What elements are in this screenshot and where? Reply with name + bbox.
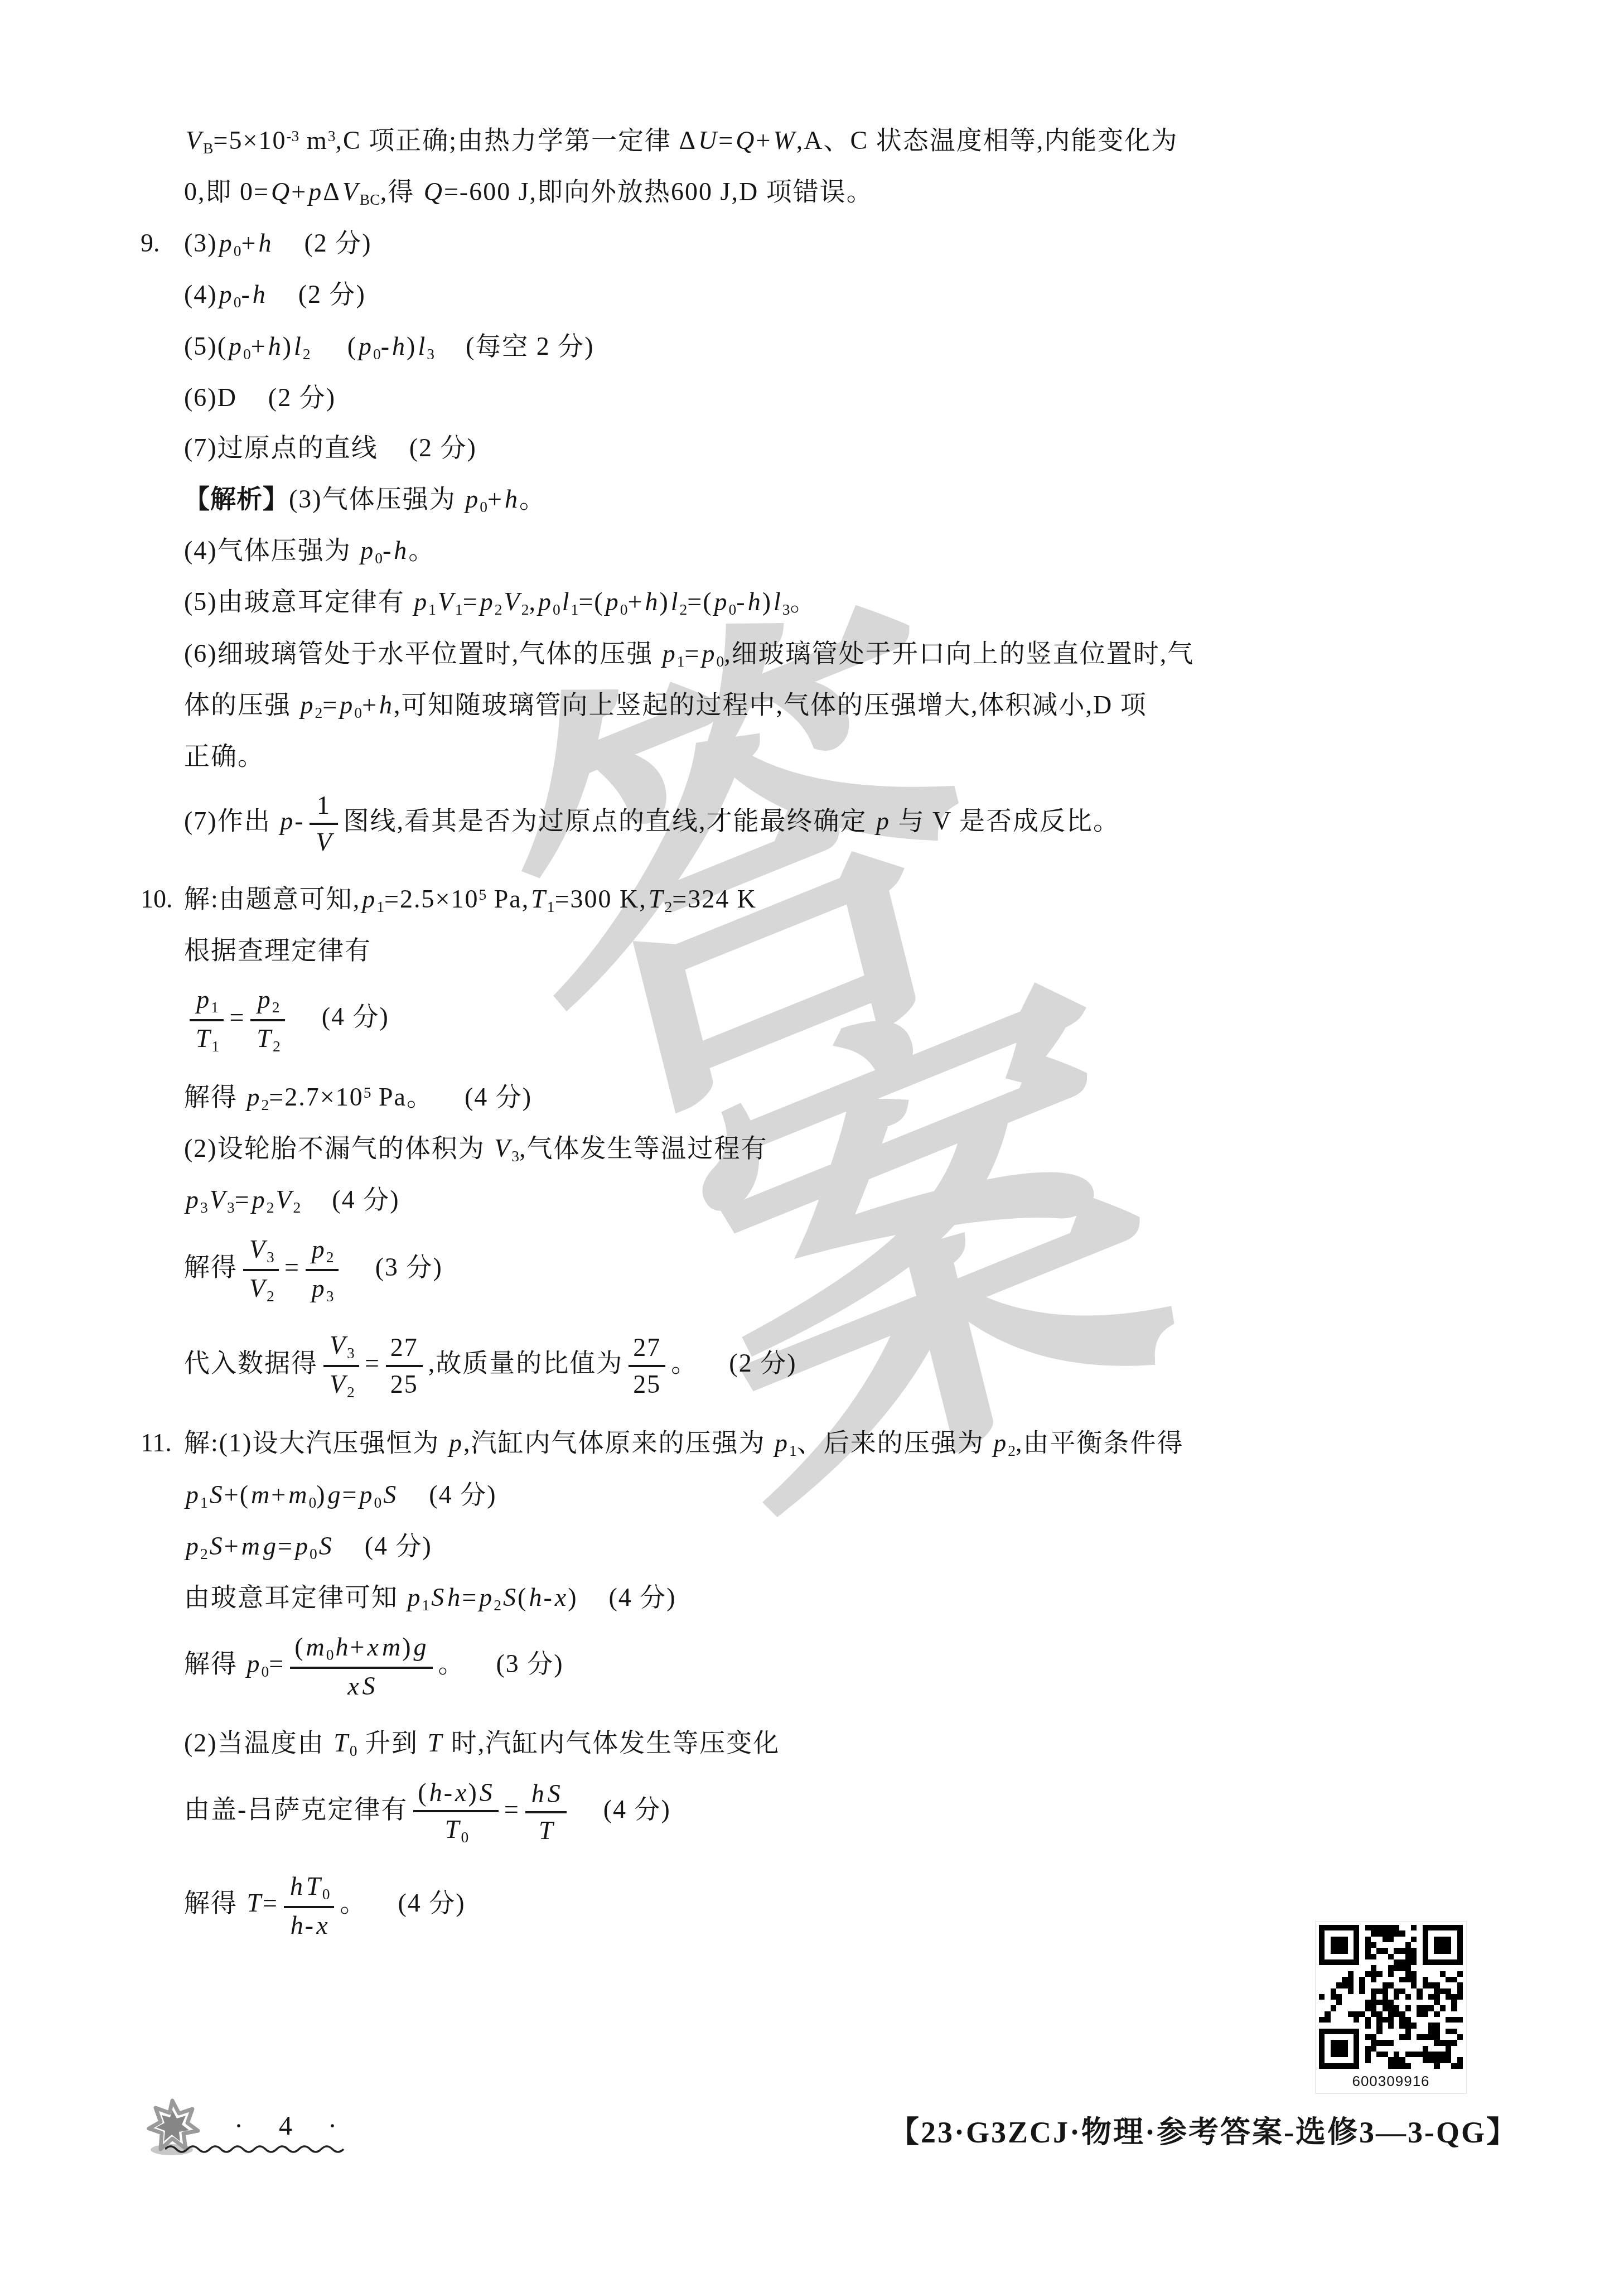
content-line: (4)气体压强为 p0-h。 xyxy=(141,534,1524,568)
math-variable: x xyxy=(346,1672,360,1700)
math-variable: p xyxy=(661,639,677,668)
fraction: 1V xyxy=(310,790,337,857)
content-line: (7)过原点的直线(2 分) xyxy=(141,431,1524,465)
math-variable: p xyxy=(447,1428,463,1457)
text-run: + xyxy=(627,587,643,616)
text-run: (6)D xyxy=(184,383,237,412)
text-run: =( xyxy=(687,587,712,616)
math-variable: x xyxy=(315,1911,329,1939)
text-run: (2)当温度由 xyxy=(184,1729,332,1757)
text-run: ) xyxy=(402,1633,412,1661)
math-variable: W xyxy=(771,126,796,155)
math-variable: T xyxy=(194,1024,212,1053)
text-run: + xyxy=(756,126,771,155)
fraction-numerator: V3 xyxy=(323,1330,359,1367)
fraction-denominator: 25 xyxy=(386,1367,423,1399)
text-run: = xyxy=(365,1349,380,1377)
math-variable: p xyxy=(773,1428,789,1457)
math-variable: V xyxy=(314,828,333,856)
math-variable: h xyxy=(503,485,519,513)
math-variable: p xyxy=(700,639,716,668)
content-line: 0,即 0=Q+pΔVBC,得 Q=-600 J,即向外放热600 J,D 项错… xyxy=(141,175,1524,210)
subscript: 1 xyxy=(376,897,384,915)
text-run: 解得 xyxy=(184,1889,245,1917)
qr-caption: 600309916 xyxy=(1319,2073,1463,2090)
fraction: 2725 xyxy=(629,1333,665,1399)
content-line: (5)由玻意耳定律有 p1V1=p2V2,p0l1=(p0+h)l2=(p0-h… xyxy=(141,585,1524,620)
subscript: 1 xyxy=(212,1037,220,1054)
math-variable: V xyxy=(341,177,360,206)
text-run: 0,即 0= xyxy=(184,177,269,206)
text-run: =-600 J,即向外放热600 J,D 项错误。 xyxy=(444,177,873,206)
subscript: 2 xyxy=(495,601,502,618)
text-run: - xyxy=(305,1911,315,1939)
text-run: 。 xyxy=(671,1349,698,1377)
fraction-numerator: p1 xyxy=(190,984,224,1021)
text-run: Δ xyxy=(323,177,341,206)
math-variable: p xyxy=(359,536,375,564)
math-variable: V xyxy=(274,1185,293,1214)
math-variable: p xyxy=(463,485,480,513)
content-line: 正确。 xyxy=(141,740,1524,774)
text-run: 由盖-吕萨克定律有 xyxy=(184,1795,408,1823)
subscript: 0 xyxy=(322,1885,330,1903)
text-run: 代入数据得 xyxy=(184,1349,318,1377)
score-note: (2 分) xyxy=(273,229,371,257)
math-variable: h xyxy=(378,691,394,719)
text-run: (3)气体压强为 xyxy=(289,485,463,513)
subscript: 2 xyxy=(200,1544,208,1562)
subscript: 1 xyxy=(200,1493,208,1510)
subscript: 1 xyxy=(211,998,219,1015)
text-run: 解:(1)设大汽压强恒为 xyxy=(184,1428,447,1457)
subscript: 2 xyxy=(315,703,323,721)
fraction-numerator: V3 xyxy=(243,1234,279,1271)
math-variable: h xyxy=(289,1911,305,1939)
superscript: 3 xyxy=(328,127,336,144)
text-run: +( xyxy=(224,1480,249,1509)
text-run: (2)设轮胎不漏气的体积为 xyxy=(184,1134,492,1162)
math-variable: h xyxy=(428,1778,444,1807)
subscript: 2 xyxy=(347,1383,355,1401)
math-variable: p xyxy=(184,1480,200,1509)
subscript: 2 xyxy=(1008,1442,1016,1459)
text-run: 、后来的压强为 xyxy=(797,1428,992,1457)
math-variable: x xyxy=(453,1778,468,1807)
math-variable: m xyxy=(249,1480,271,1509)
text-run: - xyxy=(444,1778,453,1807)
math-variable: p xyxy=(992,1428,1008,1457)
text-run: 体的压强 xyxy=(184,691,299,719)
fraction-denominator: T2 xyxy=(250,1021,284,1055)
math-variable: p xyxy=(299,691,315,719)
subscript: 2 xyxy=(494,1596,501,1614)
text-run: 解:由题意可知, xyxy=(184,885,360,913)
text-run: + xyxy=(224,1532,240,1560)
text-run: ) xyxy=(407,332,416,360)
text-run: + xyxy=(291,177,307,206)
text-run: ,汽缸内气体原来的压强为 xyxy=(463,1428,773,1457)
text-run: 由玻意耳定律可知 xyxy=(184,1583,406,1611)
text-run: - xyxy=(736,587,746,616)
fraction-denominator: T1 xyxy=(190,1021,224,1055)
text-run: = xyxy=(504,1795,520,1823)
text-run: + xyxy=(241,229,257,257)
math-variable: T xyxy=(332,1729,350,1757)
math-variable: p xyxy=(184,1532,200,1560)
math-variable: V xyxy=(248,1235,267,1263)
math-variable: h xyxy=(390,332,407,360)
text-run: = xyxy=(342,1480,358,1509)
math-variable: g xyxy=(262,1532,278,1560)
text-run: = xyxy=(263,1889,278,1917)
subscript: 2 xyxy=(262,1095,269,1113)
subscript: 2 xyxy=(664,897,672,915)
subscript: 0 xyxy=(375,549,383,567)
math-variable: p xyxy=(217,229,234,257)
text-run: ,可知随玻璃管向上竖起的过程中,气体的压强增大,体积减小,D 项 xyxy=(394,691,1147,719)
content-line: 由玻意耳定律可知 p1Sh=p2S(h-x)(4 分) xyxy=(141,1581,1524,1615)
content-line: (2)当温度由 T0 升到 T 时,汽缸内气体发生等压变化 xyxy=(141,1726,1524,1761)
math-variable: p xyxy=(360,885,376,913)
qr-code-block: 600309916 xyxy=(1315,1921,1467,2094)
math-variable: S xyxy=(208,1532,224,1560)
text-run: + xyxy=(350,1633,366,1661)
text-run: + xyxy=(271,1480,287,1509)
math-variable: V xyxy=(328,1331,347,1359)
content-line: 解得V3V2=p2p3(3 分) xyxy=(141,1234,1524,1305)
math-variable: p xyxy=(406,1583,422,1611)
text-run: Pa, xyxy=(486,885,529,913)
math-variable: T xyxy=(647,885,665,913)
fraction-denominator: 25 xyxy=(629,1367,665,1399)
text-run: ( xyxy=(418,1778,427,1807)
score-note: (每空 2 分) xyxy=(434,332,594,360)
answers-content: VB=5×10-3 m3,C 项正确;由热力学第一定律 ΔU=Q+W,A、C 状… xyxy=(141,124,1524,1966)
fraction: (m0h+xm)gxS xyxy=(290,1632,432,1701)
text-run: =2.5×10 xyxy=(384,885,478,913)
math-variable: h xyxy=(643,587,659,616)
math-variable: V xyxy=(502,587,521,616)
text-run: 27 xyxy=(390,1333,418,1362)
subscript: 0 xyxy=(243,345,251,362)
page-number: · 4 · xyxy=(234,2111,351,2141)
content-line: 9.(3)p0+h(2 分) xyxy=(141,226,1524,261)
fraction-denominator: V2 xyxy=(243,1271,279,1305)
text-run: (6)细玻璃管处于水平位置时,气体的压强 xyxy=(184,639,661,668)
subscript: 0 xyxy=(308,1493,316,1510)
subscript: 0 xyxy=(234,293,241,311)
math-variable: S xyxy=(546,1779,562,1808)
text-run: 25 xyxy=(390,1370,418,1398)
fraction: V3V2 xyxy=(323,1330,359,1401)
math-variable: l xyxy=(416,332,427,360)
content-line: (6)细玻璃管处于水平位置时,气体的压强 p1=p0,细玻璃管处于开口向上的竖直… xyxy=(141,637,1524,672)
content-line: 代入数据得V3V2=2725,故质量的比值为2725。(2 分) xyxy=(141,1330,1524,1401)
text-run: =( xyxy=(578,587,603,616)
subscript: 2 xyxy=(267,1287,274,1305)
squiggle-divider xyxy=(165,2143,349,2157)
subscript: 3 xyxy=(200,1199,208,1216)
subscript: 2 xyxy=(272,998,280,1015)
fraction: (h-x)ST0 xyxy=(413,1778,498,1846)
math-variable: T xyxy=(255,1024,273,1053)
text-run: ( xyxy=(518,1583,527,1611)
fraction-numerator: p2 xyxy=(306,1234,339,1271)
text-run: 。 xyxy=(408,536,435,564)
text-run: ,C 项正确;由热力学第一定律 Δ xyxy=(335,126,697,155)
subscript: 1 xyxy=(455,601,463,618)
math-variable: p xyxy=(256,985,272,1013)
content-line: 11.解:(1)设大汽压强恒为 p,汽缸内气体原来的压强为 p1、后来的压强为 … xyxy=(141,1426,1524,1461)
text-run: - xyxy=(381,332,390,360)
math-variable: p xyxy=(477,1583,494,1611)
answer-sheet-page: { "watermark": {"top": "答", "bottom": "案… xyxy=(0,0,1624,2283)
text-run: (3) xyxy=(184,229,217,257)
content-line: 10.解:由题意可知,p1=2.5×105 Pa,T1=300 K,T2=324… xyxy=(141,882,1524,917)
math-variable: T xyxy=(426,1729,444,1757)
text-run: ( xyxy=(347,332,357,360)
math-variable: h xyxy=(530,1779,546,1808)
content-line: p1T1=p2T2(4 分) xyxy=(141,984,1524,1055)
math-variable: h xyxy=(251,280,267,308)
subscript: 1 xyxy=(547,897,555,915)
math-variable: g xyxy=(412,1633,428,1661)
math-variable: p xyxy=(713,587,729,616)
math-variable: l xyxy=(292,332,303,360)
fraction-denominator: T xyxy=(525,1813,567,1845)
text-run: 正确。 xyxy=(184,742,264,770)
text-run: ) xyxy=(659,587,669,616)
text-run: Pa。 xyxy=(371,1083,433,1111)
text-run: 1 xyxy=(317,791,331,819)
score-note: (4 分) xyxy=(433,1083,532,1111)
text-run: 。 xyxy=(519,485,546,513)
text-run: - xyxy=(383,536,392,564)
text-run: = xyxy=(322,691,338,719)
math-variable: T xyxy=(443,1815,461,1843)
math-variable: p xyxy=(358,1480,374,1509)
math-variable: x xyxy=(366,1633,380,1661)
score-note: (4 分) xyxy=(301,1185,399,1214)
fraction-numerator: (m0h+xm)g xyxy=(290,1632,432,1669)
subscript: 3 xyxy=(782,601,790,618)
text-run: ( xyxy=(294,1633,304,1661)
math-variable: x xyxy=(553,1583,568,1611)
fraction: 2725 xyxy=(386,1333,423,1399)
text-run: ) xyxy=(468,1778,477,1807)
math-variable: p xyxy=(310,1235,326,1263)
content-line: VB=5×10-3 m3,C 项正确;由热力学第一定律 ΔU=Q+W,A、C 状… xyxy=(141,124,1524,158)
math-variable: l xyxy=(669,587,680,616)
subscript: 0 xyxy=(326,1646,334,1663)
text-run: 与 V 是否成反比。 xyxy=(891,807,1120,835)
subscript: 1 xyxy=(677,652,685,669)
score-note: (4 分) xyxy=(333,1532,432,1560)
subscript: 0 xyxy=(716,652,724,669)
subscript: 3 xyxy=(427,345,434,362)
math-variable: m xyxy=(380,1633,402,1661)
score-note: (3 分) xyxy=(465,1649,564,1678)
score-note: (3 分) xyxy=(344,1253,443,1281)
text-run: = xyxy=(718,126,734,155)
content-line: (4)p0-h(2 分) xyxy=(141,278,1524,312)
text-run: ) xyxy=(316,1480,326,1509)
content-line: (7)作出 p-1V图线,看其是否为过原点的直线,才能最终确定 p 与 V 是否… xyxy=(141,790,1524,857)
text-run: ,得 xyxy=(380,177,422,206)
math-variable: p xyxy=(338,691,354,719)
text-run: + xyxy=(487,485,503,513)
subscript: 0 xyxy=(373,345,381,362)
subscript: 3 xyxy=(511,1147,519,1165)
score-note: (2 分) xyxy=(698,1349,796,1377)
fraction-numerator: p2 xyxy=(250,984,284,1021)
fraction-numerator: 27 xyxy=(386,1333,423,1368)
math-variable: p xyxy=(310,1274,326,1302)
math-variable: Q xyxy=(269,177,291,206)
math-variable: T xyxy=(537,1816,555,1845)
footer-exam-id: 【23·G3ZCJ·物理·参考答案-选修3—3-QG】 xyxy=(889,2108,1518,2151)
score-note: (4 分) xyxy=(366,1889,465,1917)
score-note: (4 分) xyxy=(572,1795,671,1823)
subscript: 0 xyxy=(310,1544,317,1562)
text-run: , xyxy=(529,587,537,616)
math-variable: h xyxy=(746,587,762,616)
content-line: 根据查理定律有 xyxy=(141,934,1524,968)
math-variable: U xyxy=(697,126,718,155)
text-run: 25 xyxy=(633,1370,661,1398)
text-run: 。 xyxy=(340,1889,366,1917)
score-note: (2 分) xyxy=(237,383,336,412)
math-variable: p xyxy=(536,587,553,616)
score-note: (4 分) xyxy=(398,1480,496,1509)
content-line: (6)D(2 分) xyxy=(141,381,1524,415)
text-run: ) xyxy=(762,587,772,616)
text-run: 解得 xyxy=(184,1649,245,1678)
math-variable: p xyxy=(227,332,243,360)
text-run: ,A、C 状态温度相等,内能变化为 xyxy=(796,126,1178,155)
math-variable: h xyxy=(288,1872,304,1900)
fraction: V3V2 xyxy=(243,1234,279,1305)
subscript: 2 xyxy=(326,1248,334,1266)
math-variable: h xyxy=(527,1583,543,1611)
content-line: 【解析】(3)气体压强为 p0+h。 xyxy=(141,482,1524,517)
superscript: 5 xyxy=(364,1084,371,1101)
text-run: 时,汽缸内气体发生等压变化 xyxy=(443,1729,780,1757)
subscript: 0 xyxy=(234,242,241,259)
fraction-numerator: hT0 xyxy=(284,1871,334,1908)
fraction-denominator: p3 xyxy=(306,1271,339,1305)
math-variable: V xyxy=(436,587,455,616)
qr-code xyxy=(1319,1925,1463,2072)
math-variable: S xyxy=(361,1672,377,1700)
content-line: 体的压强 p2=p0+h,可知随玻璃管向上竖起的过程中,气体的压强增大,体积减小… xyxy=(141,688,1524,723)
math-variable: p xyxy=(245,1649,262,1678)
text-run: (5)由玻意耳定律有 xyxy=(184,587,412,616)
content-line: p1S+(m+m0)g=p0S(4 分) xyxy=(141,1478,1524,1513)
superscript: -3 xyxy=(286,127,299,144)
math-variable: Q xyxy=(734,126,756,155)
text-run: =5×10 xyxy=(214,126,287,155)
subscript: 0 xyxy=(461,1828,468,1846)
text-run: ,故质量的比值为 xyxy=(428,1349,623,1377)
item-number: 9. xyxy=(141,226,184,260)
math-variable: h xyxy=(446,1583,462,1611)
text-run: = xyxy=(684,639,700,668)
text-run: = xyxy=(235,1185,250,1214)
fraction: p1T1 xyxy=(190,984,224,1055)
text-run: + xyxy=(362,691,378,719)
fraction-numerator: (h-x)S xyxy=(413,1778,498,1813)
fraction: p2T2 xyxy=(250,984,284,1055)
fraction: p2p3 xyxy=(306,1234,339,1305)
math-variable: p xyxy=(293,1532,310,1560)
subscript: 1 xyxy=(789,1442,797,1459)
subscript: 3 xyxy=(227,1199,235,1216)
content-line: p3V3=p2V2(4 分) xyxy=(141,1183,1524,1218)
analysis-label: 【解析】 xyxy=(184,484,289,513)
fraction-denominator: T0 xyxy=(413,1812,498,1846)
math-variable: p xyxy=(195,985,211,1013)
math-variable: l xyxy=(560,587,571,616)
math-variable: S xyxy=(478,1778,494,1807)
text-run: 升到 xyxy=(357,1729,426,1757)
fraction-denominator: V2 xyxy=(323,1367,359,1401)
text-run: (7)作出 xyxy=(184,807,278,835)
text-run: 解得 xyxy=(184,1083,245,1111)
score-note: (4 分) xyxy=(291,1002,389,1031)
subscript: 2 xyxy=(521,601,529,618)
math-variable: p xyxy=(412,587,428,616)
text-run: = xyxy=(278,1532,293,1560)
subscript: 2 xyxy=(267,1199,274,1216)
math-variable: V xyxy=(208,1185,227,1214)
math-variable: S xyxy=(501,1583,518,1611)
subscript: 1 xyxy=(571,601,579,618)
subscript: 0 xyxy=(350,1741,357,1759)
text-run: ,细玻璃管处于开口向上的竖直位置时,气 xyxy=(724,639,1194,668)
text-run: ,由平衡条件得 xyxy=(1016,1428,1184,1457)
fraction-denominator: V xyxy=(310,825,337,857)
math-variable: h xyxy=(334,1633,350,1661)
math-variable: T xyxy=(529,885,547,913)
text-run: =2.7×10 xyxy=(269,1083,363,1111)
math-variable: p xyxy=(278,807,294,835)
math-variable: p xyxy=(874,807,891,835)
subscript: 0 xyxy=(620,601,628,618)
text-run: (4)气体压强为 xyxy=(184,536,359,564)
content-line: (2)设轮胎不漏气的体积为 V3,气体发生等温过程有 xyxy=(141,1132,1524,1166)
math-variable: V xyxy=(492,1134,511,1162)
math-variable: m xyxy=(304,1633,326,1661)
text-run: =324 K xyxy=(672,885,757,913)
text-run: (4) xyxy=(184,280,217,308)
text-run: ) xyxy=(283,332,292,360)
text-run: (5)( xyxy=(184,332,227,360)
text-run: - xyxy=(294,807,304,835)
text-run: = xyxy=(462,1583,477,1611)
math-variable: g xyxy=(326,1480,342,1509)
text-run: ,气体发生等温过程有 xyxy=(519,1134,768,1162)
math-variable: m xyxy=(240,1532,262,1560)
subscript: BC xyxy=(360,191,380,208)
math-variable: h xyxy=(267,332,283,360)
math-variable: T xyxy=(304,1872,322,1900)
math-variable: V xyxy=(248,1274,267,1302)
fraction: hT0h-x xyxy=(284,1871,334,1940)
content-line: (5)(p0+h)l2(p0-h)l3(每空 2 分) xyxy=(141,330,1524,364)
fraction-numerator: 27 xyxy=(629,1333,665,1368)
